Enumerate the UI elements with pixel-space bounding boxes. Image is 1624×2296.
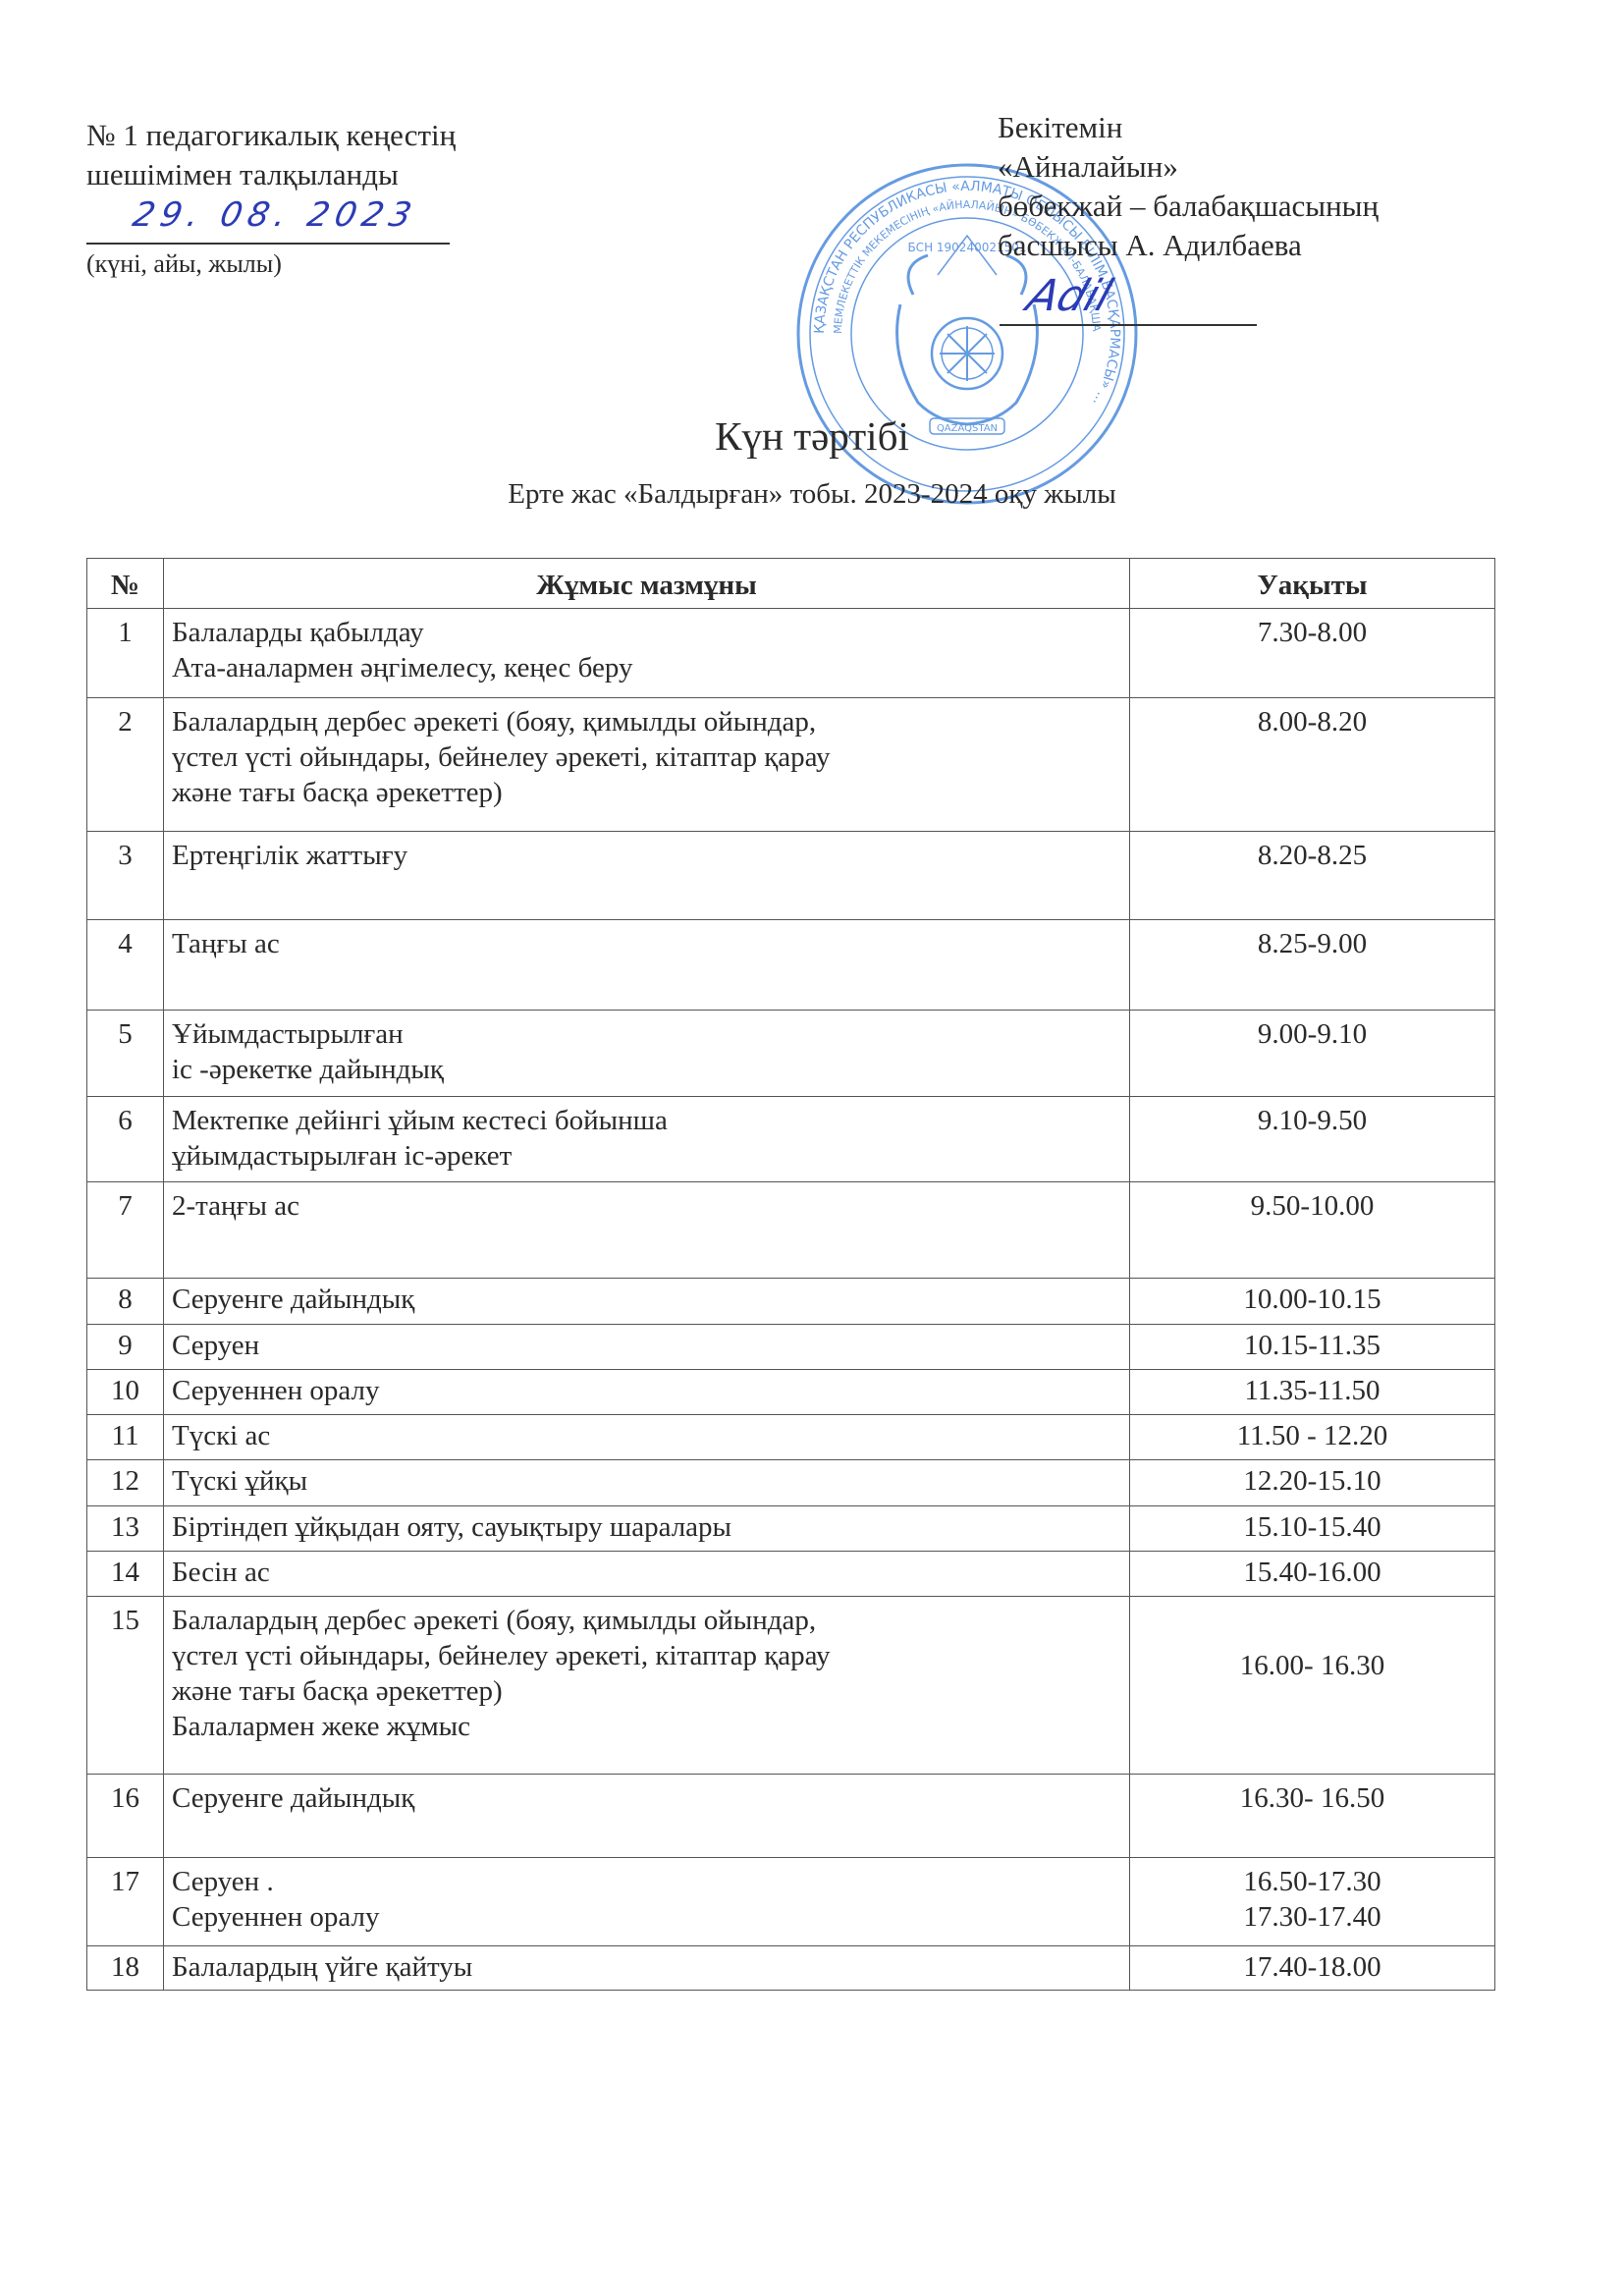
- activity-text: Серуенге дайындық: [172, 1780, 1121, 1816]
- council-line-2: шешімімен талқыланды: [86, 155, 456, 194]
- table-row: 5Ұйымдастырылғаніс -әрекетке дайындық9.0…: [87, 1011, 1495, 1097]
- header-number: №: [87, 559, 164, 609]
- activity-text: Ата-аналармен әңгімелесу, кеңес беру: [172, 650, 1121, 685]
- row-number: 10: [87, 1370, 164, 1415]
- time-range: 8.00-8.20: [1138, 704, 1487, 739]
- row-number: 9: [87, 1325, 164, 1370]
- time-cell: 9.10-9.50: [1130, 1097, 1495, 1182]
- time-range: 10.00-10.15: [1138, 1282, 1487, 1317]
- activity-text: Түскі ас: [172, 1418, 1121, 1453]
- table-row: 13Біртіндеп ұйқыдан ояту, сауықтыру шара…: [87, 1506, 1495, 1552]
- row-number: 4: [87, 920, 164, 1011]
- row-number: 8: [87, 1279, 164, 1325]
- time-range: 9.50-10.00: [1138, 1188, 1487, 1224]
- table-row: 15Балалардың дербес әрекеті (бояу, қимыл…: [87, 1597, 1495, 1775]
- activity-text: іс -әрекетке дайындық: [172, 1052, 1121, 1087]
- activity-text: Балаларды қабылдау: [172, 615, 1121, 650]
- time-range: 7.30-8.00: [1138, 615, 1487, 650]
- activity-text: және тағы басқа әрекеттер): [172, 775, 1121, 810]
- activity-text: Серуенге дайындық: [172, 1282, 1121, 1317]
- time-cell: 8.00-8.20: [1130, 698, 1495, 832]
- time-cell: 9.50-10.00: [1130, 1182, 1495, 1279]
- activity-text: Балалардың үйге қайтуы: [172, 1949, 1121, 1985]
- activity-cell: Серуен: [164, 1325, 1130, 1370]
- time-range: 12.20-15.10: [1138, 1463, 1487, 1499]
- row-number: 5: [87, 1011, 164, 1097]
- activity-text: Бесін ас: [172, 1555, 1121, 1590]
- time-cell: 17.40-18.00: [1130, 1946, 1495, 1991]
- row-number: 7: [87, 1182, 164, 1279]
- time-range: 16.30- 16.50: [1138, 1780, 1487, 1816]
- time-cell: 16.00- 16.30: [1130, 1597, 1495, 1775]
- table-row: 72-таңғы ас9.50-10.00: [87, 1182, 1495, 1279]
- time-cell: 8.25-9.00: [1130, 920, 1495, 1011]
- table-row: 9Серуен10.15-11.35: [87, 1325, 1495, 1370]
- table-row: 6Мектепке дейінгі ұйым кестесі бойыншаұй…: [87, 1097, 1495, 1182]
- activity-cell: Ертеңгілік жаттығу: [164, 832, 1130, 920]
- table-row: 8Серуенге дайындық10.00-10.15: [87, 1279, 1495, 1325]
- row-number: 11: [87, 1415, 164, 1460]
- activity-cell: Түскі ұйқы: [164, 1460, 1130, 1506]
- time-cell: 9.00-9.10: [1130, 1011, 1495, 1097]
- activity-text: Біртіндеп ұйқыдан ояту, сауықтыру шарала…: [172, 1509, 1121, 1545]
- row-number: 12: [87, 1460, 164, 1506]
- row-number: 2: [87, 698, 164, 832]
- activity-cell: Балаларды қабылдауАта-аналармен әңгімеле…: [164, 609, 1130, 698]
- activity-cell: Балалардың үйге қайтуы: [164, 1946, 1130, 1991]
- activity-text: Серуеннен оралу: [172, 1373, 1121, 1408]
- time-range: 16.00- 16.30: [1138, 1648, 1487, 1683]
- row-number: 18: [87, 1946, 164, 1991]
- table-header-row: № Жұмыс мазмұны Уақыты: [87, 559, 1495, 609]
- activity-text: Балалардың дербес әрекеті (бояу, қимылды…: [172, 1603, 1121, 1638]
- activity-cell: Балалардың дербес әрекеті (бояу, қимылды…: [164, 698, 1130, 832]
- activity-cell: Мектепке дейінгі ұйым кестесі бойыншаұйы…: [164, 1097, 1130, 1182]
- table-row: 16Серуенге дайындық16.30- 16.50: [87, 1775, 1495, 1858]
- row-number: 6: [87, 1097, 164, 1182]
- header-time: Уақыты: [1130, 559, 1495, 609]
- council-line-1: № 1 педагогикалық кеңестің: [86, 116, 456, 155]
- table-row: 3Ертеңгілік жаттығу8.20-8.25: [87, 832, 1495, 920]
- activity-cell: Біртіндеп ұйқыдан ояту, сауықтыру шарала…: [164, 1506, 1130, 1552]
- row-number: 15: [87, 1597, 164, 1775]
- activity-cell: 2-таңғы ас: [164, 1182, 1130, 1279]
- time-range: 8.20-8.25: [1138, 838, 1487, 873]
- activity-cell: Түскі ас: [164, 1415, 1130, 1460]
- time-range: 9.00-9.10: [1138, 1016, 1487, 1052]
- time-cell: 11.50 - 12.20: [1130, 1415, 1495, 1460]
- activity-cell: Серуенге дайындық: [164, 1279, 1130, 1325]
- activity-cell: Серуеннен оралу: [164, 1370, 1130, 1415]
- page-title: Күн тәртібі: [0, 412, 1624, 460]
- table-row: 1Балаларды қабылдауАта-аналармен әңгімел…: [87, 609, 1495, 698]
- time-range: 15.10-15.40: [1138, 1509, 1487, 1545]
- activity-cell: Бесін ас: [164, 1552, 1130, 1597]
- director-name: басшысы А. Адилбаева: [998, 226, 1379, 265]
- activity-text: Мектепке дейінгі ұйым кестесі бойынша: [172, 1103, 1121, 1138]
- page-subtitle: Ерте жас «Балдырған» тобы. 2023-2024 оқу…: [0, 478, 1624, 511]
- activity-cell: Балалардың дербес әрекеті (бояу, қимылды…: [164, 1597, 1130, 1775]
- date-signature-line: 29. 08. 2023: [86, 201, 450, 245]
- row-number: 13: [87, 1506, 164, 1552]
- row-number: 3: [87, 832, 164, 920]
- activity-text: үстел үсті ойындары, бейнелеу әрекеті, к…: [172, 739, 1121, 775]
- time-cell: 10.00-10.15: [1130, 1279, 1495, 1325]
- activity-text: Серуен: [172, 1328, 1121, 1363]
- time-range: 15.40-16.00: [1138, 1555, 1487, 1590]
- activity-text: ұйымдастырылған іс-әрекет: [172, 1138, 1121, 1174]
- activity-text: Балалармен жеке жұмыс: [172, 1709, 1121, 1744]
- table-row: 14Бесін ас15.40-16.00: [87, 1552, 1495, 1597]
- activity-cell: Серуенге дайындық: [164, 1775, 1130, 1858]
- activity-text: және тағы басқа әрекеттер): [172, 1673, 1121, 1709]
- table-row: 11Түскі ас11.50 - 12.20: [87, 1415, 1495, 1460]
- time-range: 17.40-18.00: [1138, 1949, 1487, 1985]
- table-row: 4Таңғы ас8.25-9.00: [87, 920, 1495, 1011]
- table-row: 18Балалардың үйге қайтуы17.40-18.00: [87, 1946, 1495, 1991]
- time-range: 17.30-17.40: [1138, 1899, 1487, 1935]
- activity-text: Серуен .: [172, 1864, 1121, 1899]
- row-number: 1: [87, 609, 164, 698]
- approve-label: Бекітемін: [998, 108, 1379, 147]
- activity-text: үстел үсті ойындары, бейнелеу әрекеті, к…: [172, 1638, 1121, 1673]
- time-range: 10.15-11.35: [1138, 1328, 1487, 1363]
- time-cell: 7.30-8.00: [1130, 609, 1495, 698]
- time-cell: 8.20-8.25: [1130, 832, 1495, 920]
- activity-text: Түскі ұйқы: [172, 1463, 1121, 1499]
- time-range: 9.10-9.50: [1138, 1103, 1487, 1138]
- time-cell: 15.10-15.40: [1130, 1506, 1495, 1552]
- director-signature: Adil: [1021, 271, 1118, 321]
- time-cell: 11.35-11.50: [1130, 1370, 1495, 1415]
- time-cell: 12.20-15.10: [1130, 1460, 1495, 1506]
- director-signature-line: Adil: [1000, 285, 1257, 326]
- table-row: 10Серуеннен оралу11.35-11.50: [87, 1370, 1495, 1415]
- time-cell: 16.50-17.3017.30-17.40: [1130, 1858, 1495, 1946]
- time-range: 11.50 - 12.20: [1138, 1418, 1487, 1453]
- header-activity: Жұмыс мазмұны: [164, 559, 1130, 609]
- table-row: 2Балалардың дербес әрекеті (бояу, қимылд…: [87, 698, 1495, 832]
- daily-schedule-table: № Жұмыс мазмұны Уақыты 1Балаларды қабылд…: [86, 558, 1494, 1991]
- date-caption: (күні, айы, жылы): [86, 249, 282, 279]
- time-range: 16.50-17.30: [1138, 1864, 1487, 1899]
- time-range: 11.35-11.50: [1138, 1373, 1487, 1408]
- activity-cell: Таңғы ас: [164, 920, 1130, 1011]
- approval-council-block: № 1 педагогикалық кеңестің шешімімен тал…: [86, 116, 456, 194]
- activity-text: Ертеңгілік жаттығу: [172, 838, 1121, 873]
- kindergarten-type: бөбекжай – балабақшасының: [998, 187, 1379, 226]
- time-cell: 10.15-11.35: [1130, 1325, 1495, 1370]
- row-number: 16: [87, 1775, 164, 1858]
- time-cell: 16.30- 16.50: [1130, 1775, 1495, 1858]
- table-row: 12Түскі ұйқы12.20-15.10: [87, 1460, 1495, 1506]
- activity-text: Таңғы ас: [172, 926, 1121, 961]
- row-number: 17: [87, 1858, 164, 1946]
- time-range: 8.25-9.00: [1138, 926, 1487, 961]
- activity-text: 2-таңғы ас: [172, 1188, 1121, 1224]
- row-number: 14: [87, 1552, 164, 1597]
- time-cell: 15.40-16.00: [1130, 1552, 1495, 1597]
- activity-cell: Ұйымдастырылғаніс -әрекетке дайындық: [164, 1011, 1130, 1097]
- handwritten-date: 29. 08. 2023: [130, 195, 421, 235]
- table-row: 17Серуен .Серуеннен оралу16.50-17.3017.3…: [87, 1858, 1495, 1946]
- activity-text: Балалардың дербес әрекеті (бояу, қимылды…: [172, 704, 1121, 739]
- approval-director-block: Бекітемін «Айналайын» бөбекжай – балабақ…: [998, 108, 1379, 265]
- activity-text: Ұйымдастырылған: [172, 1016, 1121, 1052]
- activity-text: Серуеннен оралу: [172, 1899, 1121, 1935]
- activity-cell: Серуен .Серуеннен оралу: [164, 1858, 1130, 1946]
- kindergarten-name: «Айналайын»: [998, 147, 1379, 187]
